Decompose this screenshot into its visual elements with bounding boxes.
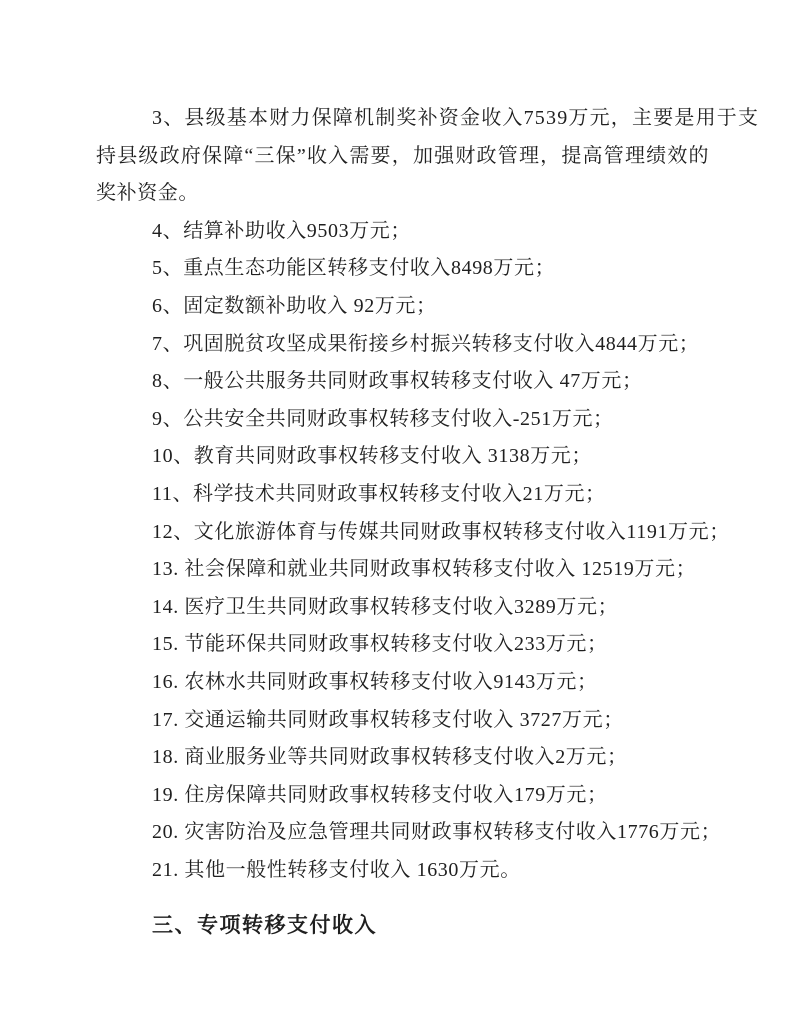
list-item: 13. 社会保障和就业共同财政事权转移支付收入 12519万元； bbox=[96, 551, 716, 589]
list-item: 12、文化旅游体育与传媒共同财政事权转移支付收入1191万元； bbox=[96, 514, 716, 552]
list-item: 10、教育共同财政事权转移支付收入 3138万元； bbox=[96, 438, 716, 476]
list-item: 15. 节能环保共同财政事权转移支付收入233万元； bbox=[96, 626, 716, 664]
list-item: 18. 商业服务业等共同财政事权转移支付收入2万元； bbox=[96, 739, 716, 777]
list-item: 19. 住房保障共同财政事权转移支付收入179万元； bbox=[96, 777, 716, 815]
list-item: 9、公共安全共同财政事权转移支付收入-251万元； bbox=[96, 401, 716, 439]
list-item: 21. 其他一般性转移支付收入 1630万元。 bbox=[96, 852, 716, 890]
paragraph-line: 持县级政府保障“三保”收入需要，加强财政管理，提高管理绩效的 bbox=[96, 138, 716, 176]
list-item: 11、科学技术共同财政事权转移支付收入21万元； bbox=[96, 476, 716, 514]
list-item: 4、结算补助收入9503万元； bbox=[96, 213, 716, 251]
section-heading: 三、专项转移支付收入 bbox=[96, 907, 716, 945]
list-item: 7、巩固脱贫攻坚成果衔接乡村振兴转移支付收入4844万元； bbox=[96, 326, 716, 364]
list-item: 16. 农林水共同财政事权转移支付收入9143万元； bbox=[96, 664, 716, 702]
list-item: 20. 灾害防治及应急管理共同财政事权转移支付收入1776万元； bbox=[96, 814, 716, 852]
list-item: 8、一般公共服务共同财政事权转移支付收入 47万元； bbox=[96, 363, 716, 401]
list-item: 17. 交通运输共同财政事权转移支付收入 3727万元； bbox=[96, 702, 716, 740]
list-item: 14. 医疗卫生共同财政事权转移支付收入3289万元； bbox=[96, 589, 716, 627]
paragraph-line: 3、县级基本财力保障机制奖补资金收入7539万元，主要是用于支 bbox=[96, 100, 716, 138]
list-item: 5、重点生态功能区转移支付收入8498万元； bbox=[96, 250, 716, 288]
document-page: 3、县级基本财力保障机制奖补资金收入7539万元，主要是用于支 持县级政府保障“… bbox=[0, 0, 800, 1035]
list-item: 6、固定数额补助收入 92万元； bbox=[96, 288, 716, 326]
paragraph-line: 奖补资金。 bbox=[96, 175, 716, 213]
